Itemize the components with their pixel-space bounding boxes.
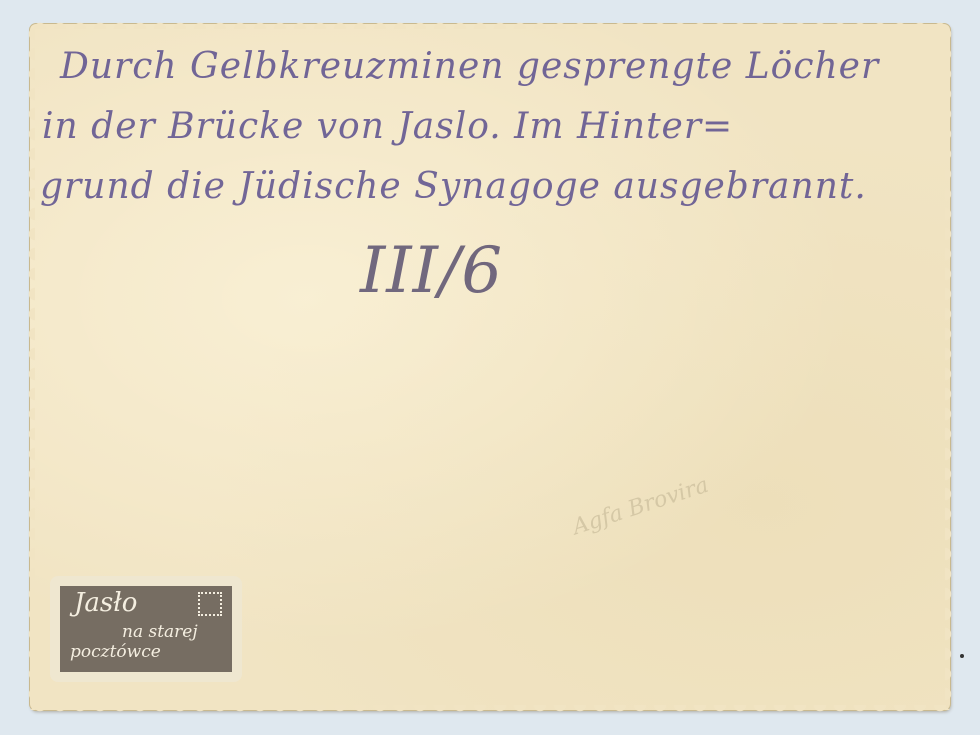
watermark-logo: Jasło na starej pocztówce (52, 578, 240, 680)
logo-subtitle-1: na starej (122, 622, 198, 642)
deckle-edge-left (25, 24, 35, 710)
postage-stamp-icon (198, 592, 222, 616)
handwriting-line-2: in der Brücke von Jaslo. Im Hinter= (42, 106, 733, 147)
logo-title: Jasło (74, 588, 137, 618)
handwriting-line-3: grund die Jüdische Synagoge ausgebrannt. (40, 166, 867, 207)
logo-panel: Jasło na starej pocztówce (60, 586, 232, 672)
dust-speck (960, 654, 964, 658)
logo-subtitle-2: pocztówce (70, 642, 161, 662)
deckle-edge-right (945, 24, 955, 710)
faint-paper-stamp: Agfa Brovira (570, 473, 712, 540)
deckle-edge-top (30, 19, 950, 29)
deckle-edge-bottom (30, 705, 950, 715)
handwritten-annotation: III/6 (360, 234, 503, 308)
handwriting-line-1: Durch Gelbkreuzminen gesprengte Löcher (60, 46, 879, 87)
